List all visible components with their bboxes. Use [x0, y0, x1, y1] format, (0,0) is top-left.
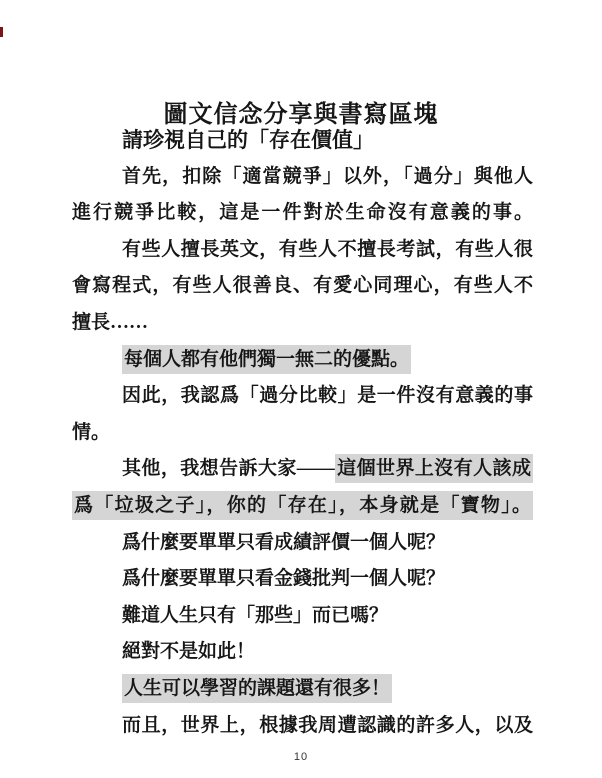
- text-segment: 絕對不是如此！: [122, 641, 255, 662]
- text-line: 難道人生只有「那些」而已嗎？: [72, 598, 533, 635]
- text-segment: 因此，我認爲「過分比較」是一件沒有意義的事: [122, 385, 533, 406]
- text-line: 會寫程式，有些人很善良、有愛心同理心，有些人不: [72, 268, 533, 305]
- text-line: 進行競爭比較，這是一件對於生命沒有意義的事。: [72, 195, 533, 232]
- highlighted-text: 這個世界上沒有人該成: [335, 454, 533, 483]
- text-segment: 情。: [72, 422, 110, 443]
- section-subtitle: 請珍視自己的「存在價值」: [72, 122, 533, 159]
- text-segment: 有些人擅長英文，有些人不擅長考試，有些人很: [122, 239, 533, 260]
- text-line: 而且，世界上，根據我周遭認識的許多人，以及: [72, 708, 533, 745]
- text-line: 人生可以學習的課題還有很多！: [72, 671, 533, 708]
- text-content: 請珍視自己的「存在價值」首先，扣除「適當競爭」以外，「過分」與他人進行競爭比較，…: [72, 122, 533, 744]
- text-segment: 首先，扣除「適當競爭」以外，「過分」與他人: [122, 166, 533, 187]
- highlighted-text: 爲「垃圾之子」，你的「存在」，本身就是「寶物」。: [72, 491, 533, 520]
- text-line: 每個人都有他們獨一無二的優點。: [72, 342, 533, 379]
- text-segment: 爲什麼要單單只看成績評價一個人呢？: [122, 532, 445, 553]
- text-line: 其他，我想告訴大家——這個世界上沒有人該成: [72, 451, 533, 488]
- text-line: 爲「垃圾之子」，你的「存在」，本身就是「寶物」。: [72, 488, 533, 525]
- text-segment: 難道人生只有「那些」而已嗎？: [122, 605, 388, 626]
- text-line: 絕對不是如此！: [72, 634, 533, 671]
- text-line: 因此，我認爲「過分比較」是一件沒有意義的事: [72, 378, 533, 415]
- text-segment: 會寫程式，有些人很善良、有愛心同理心，有些人不: [72, 275, 533, 296]
- highlighted-text: 每個人都有他們獨一無二的優點。: [122, 345, 411, 374]
- text-segment: 其他，我想告訴大家——: [122, 458, 335, 479]
- text-segment: 爲什麼要單單只看金錢批判一個人呢？: [122, 568, 445, 589]
- page-number: 10: [0, 751, 602, 763]
- text-segment: 擅長……: [72, 312, 148, 333]
- text-segment: 請珍視自己的「存在價值」: [122, 128, 374, 152]
- document-page: 圖文信念分享與書寫區塊 請珍視自己的「存在價值」首先，扣除「適當競爭」以外，「過…: [0, 0, 602, 778]
- highlighted-text: 人生可以學習的課題還有很多！: [122, 674, 392, 703]
- text-line: 爲什麼要單單只看金錢批判一個人呢？: [72, 561, 533, 598]
- text-line: 情。: [72, 415, 533, 452]
- text-line: 有些人擅長英文，有些人不擅長考試，有些人很: [72, 232, 533, 269]
- text-line: 擅長……: [72, 305, 533, 342]
- text-line: 爲什麼要單單只看成績評價一個人呢？: [72, 525, 533, 562]
- text-segment: 進行競爭比較，這是一件對於生命沒有意義的事。: [72, 202, 533, 223]
- text-segment: 而且，世界上，根據我周遭認識的許多人，以及: [122, 715, 533, 736]
- edge-artifact-mark: [0, 27, 3, 37]
- text-line: 首先，扣除「適當競爭」以外，「過分」與他人: [72, 159, 533, 196]
